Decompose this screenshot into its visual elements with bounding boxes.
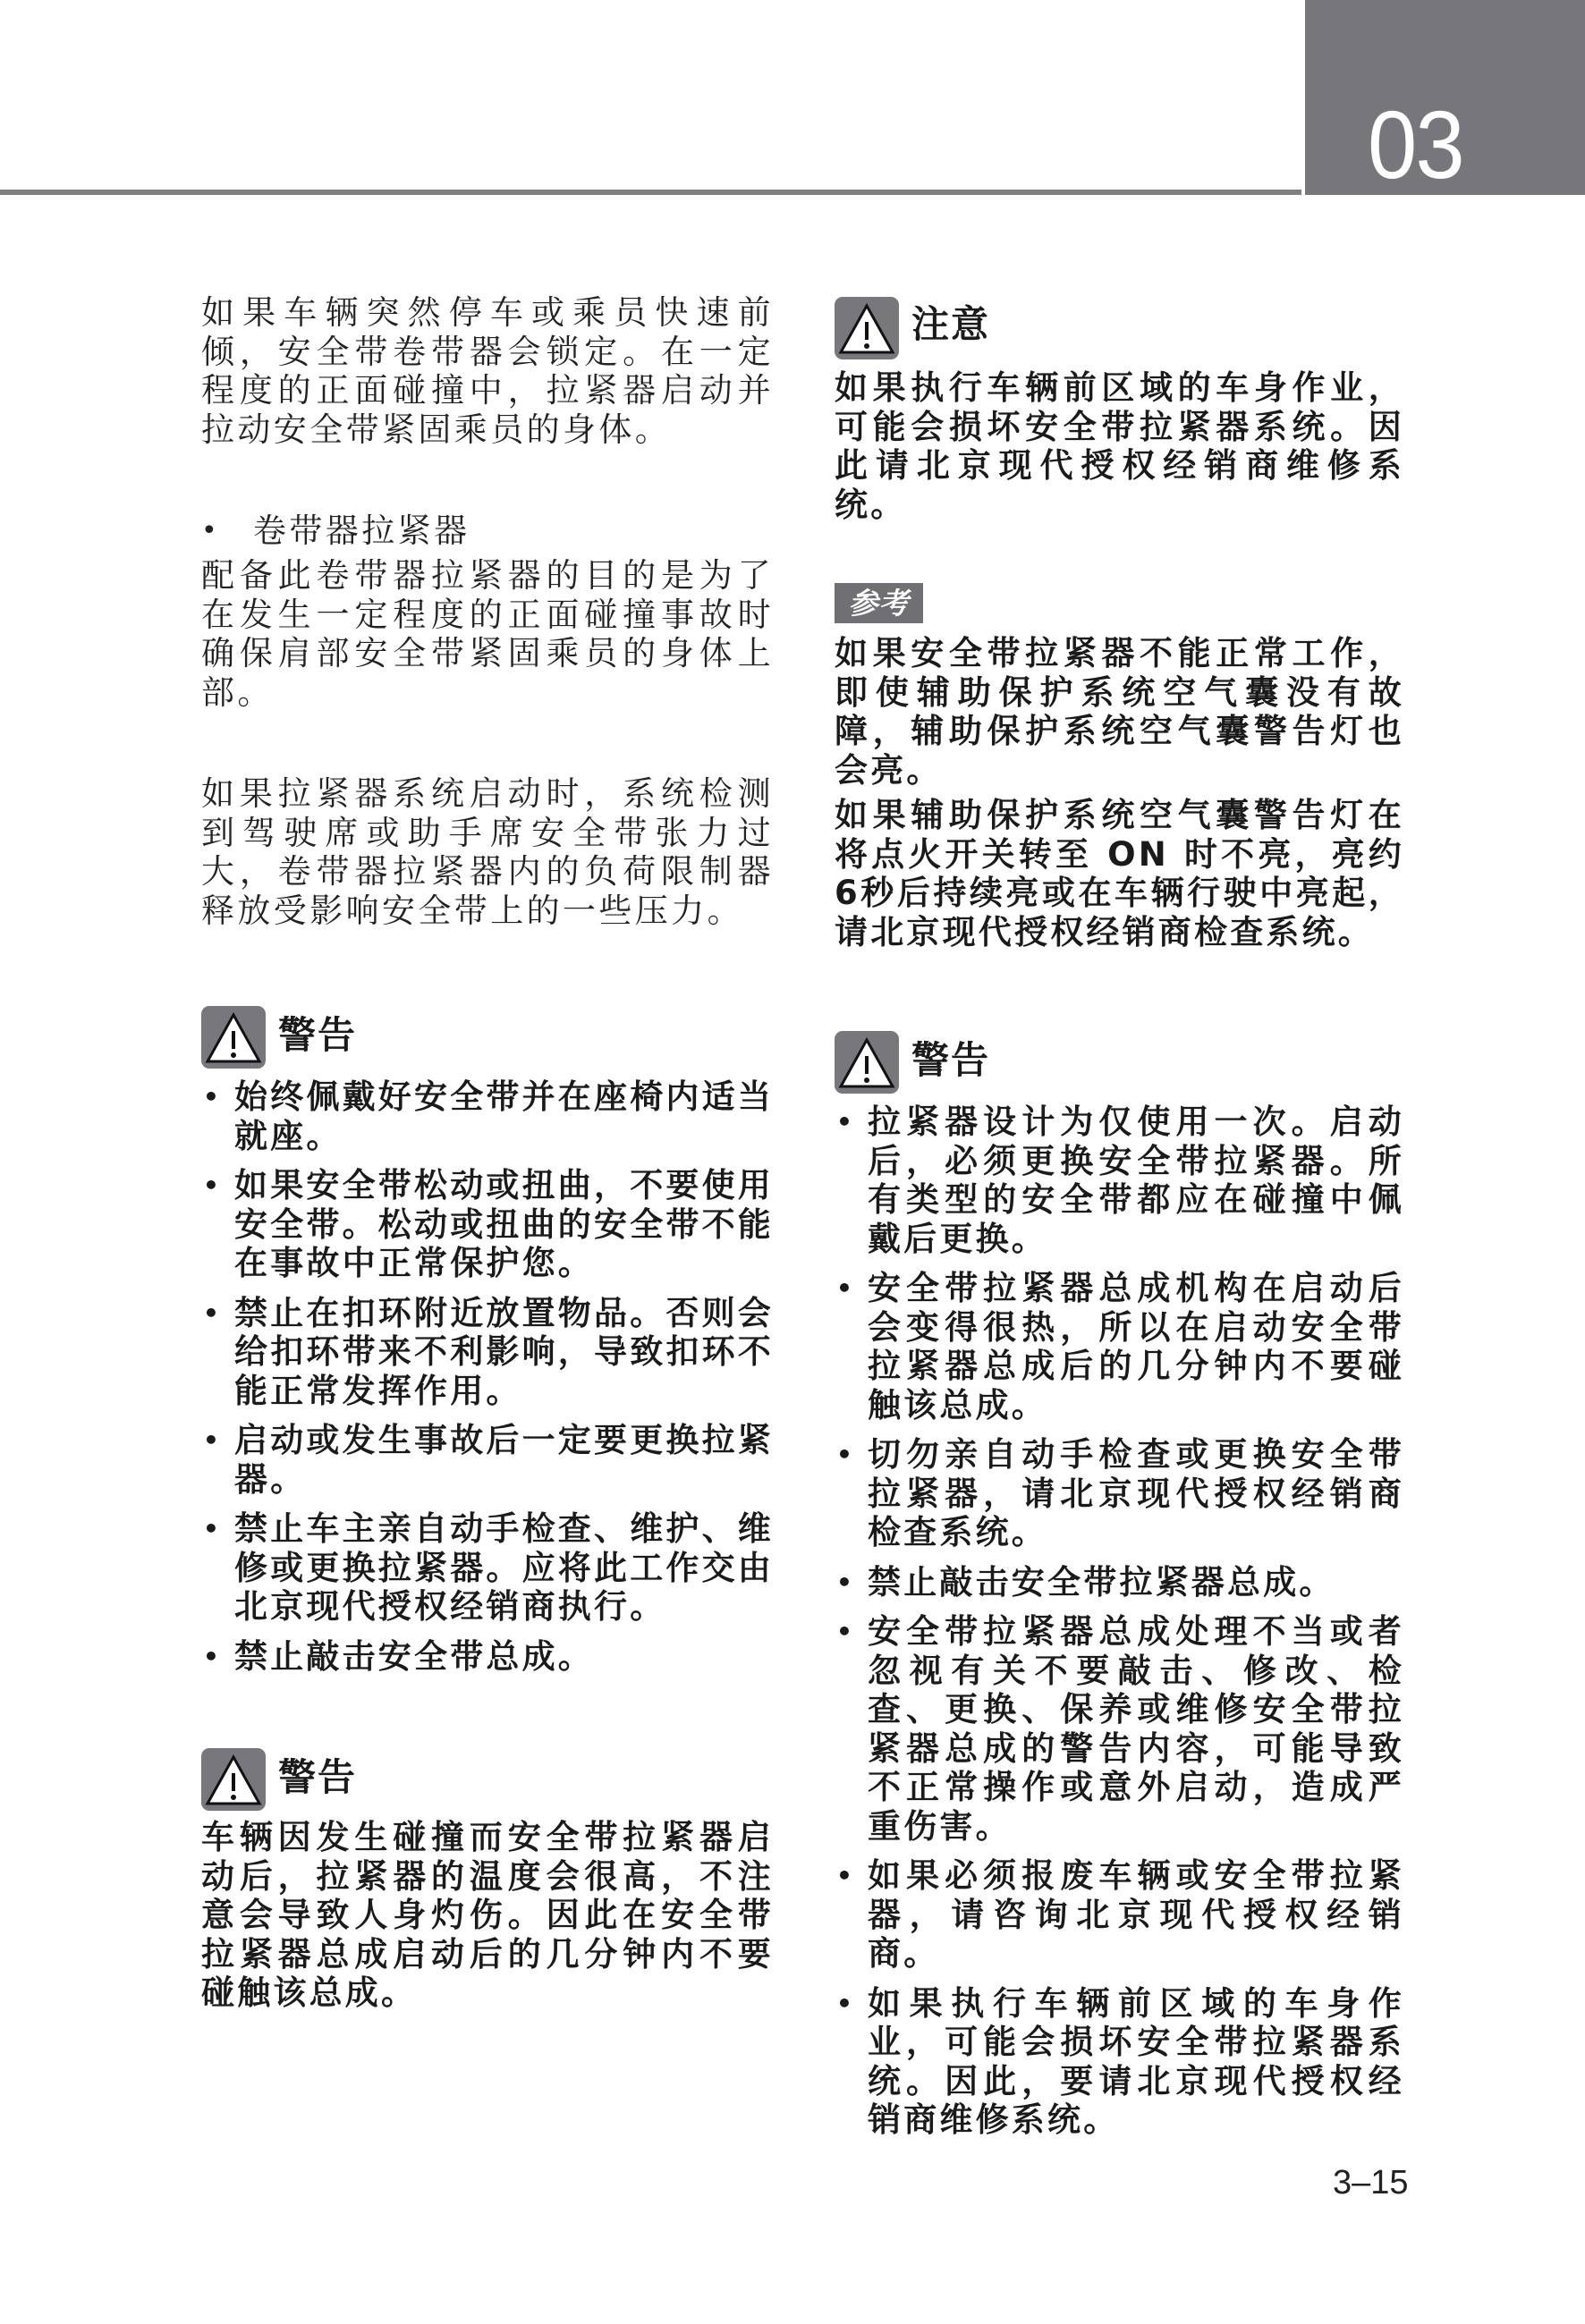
warning-triangle-icon <box>201 1006 266 1069</box>
list-item: •安全带拉紧器总成处理不当或者忽视有关不要敲击、修改、检查、更换、保养或维修安全… <box>835 1612 1404 1846</box>
caution-text: 如果执行车辆前区域的车身作业，可能会损坏安全带拉紧器系统。因此请北京现代授权经销… <box>835 368 1404 524</box>
list-item: •启动或发生事故后一定要更换拉紧器。 <box>201 1421 774 1499</box>
section-heading: 卷带器拉紧器 <box>253 511 470 551</box>
list-item: •禁止敲击安全带总成。 <box>201 1637 774 1677</box>
list-item: •始终佩戴好安全带并在座椅内适当就座。 <box>201 1077 774 1155</box>
caution-title: 注意 <box>911 302 990 347</box>
note-badge: 参考 <box>835 583 923 623</box>
bullet-icon: • <box>836 1612 855 1652</box>
bullet-icon: • <box>836 1856 855 1896</box>
list-item: •如果必须报废车辆或安全带拉紧器，请咨询北京现代授权经销商。 <box>835 1856 1404 1973</box>
list-item: •拉紧器设计为仅使用一次。启动后，必须更换安全带拉紧器。所有类型的安全带都应在碰… <box>835 1103 1404 1258</box>
warning-text: 车辆因发生碰撞而安全带拉紧器启动后，拉紧器的温度会很高，不注意会导致人身灼伤。因… <box>201 1818 774 2013</box>
bullet-icon: • <box>203 1166 222 1205</box>
bullet-icon: • <box>203 1294 222 1333</box>
bullet-icon: • <box>836 1103 855 1142</box>
warning-title: 警告 <box>278 1755 357 1800</box>
bullet-icon: • <box>836 1984 855 2024</box>
warning-title: 警告 <box>911 1038 990 1083</box>
load-limiter-paragraph: 如果拉紧器系统启动时，系统检测到驾驶席或助手席安全带张力过大，卷带器拉紧器内的负… <box>201 774 774 930</box>
bullet-icon: • <box>203 1077 222 1117</box>
retractor-pretensioner-paragraph: 配备此卷带器拉紧器的目的是为了在发生一定程度的正面碰撞事故时确保肩部安全带紧固乘… <box>201 556 774 712</box>
bullet-icon: • <box>836 1435 855 1475</box>
list-item: •禁止车主亲自动手检查、维护、维修或更换拉紧器。应将此工作交由北京现代授权经销商… <box>201 1509 774 1627</box>
warning-title: 警告 <box>278 1013 357 1058</box>
warning-triangle-icon <box>835 1031 899 1094</box>
list-item: •禁止在扣环附近放置物品。否则会给扣环带来不利影响，导致扣环不能正常发挥作用。 <box>201 1294 774 1411</box>
warning-list: •拉紧器设计为仅使用一次。启动后，必须更换安全带拉紧器。所有类型的安全带都应在碰… <box>835 1103 1404 2151</box>
right-column: 注意 如果执行车辆前区域的车身作业，可能会损坏安全带拉紧器系统。因此请北京现代授… <box>835 0 1407 2324</box>
intro-paragraph: 如果车辆突然停车或乘员快速前倾，安全带卷带器会锁定。在一定程度的正面碰撞中，拉紧… <box>201 293 774 449</box>
list-item: •禁止敲击安全带拉紧器总成。 <box>835 1563 1404 1602</box>
bullet-icon: • <box>203 1421 222 1460</box>
list-item: •安全带拉紧器总成机构在启动后会变得很热，所以在启动安全带拉紧器总成后的几分钟内… <box>835 1269 1404 1424</box>
page-number: 3–15 <box>1333 2164 1409 2202</box>
list-item: •如果执行车辆前区域的车身作业，可能会损坏安全带拉紧器系统。因此，要请北京现代授… <box>835 1984 1404 2140</box>
warning-triangle-icon <box>835 297 899 359</box>
bullet-icon: • <box>203 1637 222 1677</box>
note-paragraph: 如果安全带拉紧器不能正常工作，即使辅助保护系统空气囊没有故障，辅助保护系统空气囊… <box>835 634 1404 790</box>
bullet-icon: • <box>203 1509 222 1549</box>
retractor-pretensioner-heading: • 卷带器拉紧器 <box>201 511 774 551</box>
bullet-icon: • <box>836 1563 855 1602</box>
list-item: •切勿亲自动手检查或更换安全带拉紧器，请北京现代授权经销商检查系统。 <box>835 1435 1404 1552</box>
warning-triangle-icon <box>201 1748 266 1811</box>
left-column: 如果车辆突然停车或乘员快速前倾，安全带卷带器会锁定。在一定程度的正面碰撞中，拉紧… <box>201 0 774 2324</box>
bullet-icon: • <box>836 1269 855 1308</box>
note-paragraph: 如果辅助保护系统空气囊警告灯在将点火开关转至 ON 时不亮，亮约6秒后持续亮或在… <box>835 796 1404 951</box>
list-item: •如果安全带松动或扭曲，不要使用安全带。松动或扭曲的安全带不能在事故中正常保护您… <box>201 1166 774 1283</box>
bullet-icon: • <box>201 511 253 551</box>
warning-list: •始终佩戴好安全带并在座椅内适当就座。 •如果安全带松动或扭曲，不要使用安全带。… <box>201 1077 774 1686</box>
